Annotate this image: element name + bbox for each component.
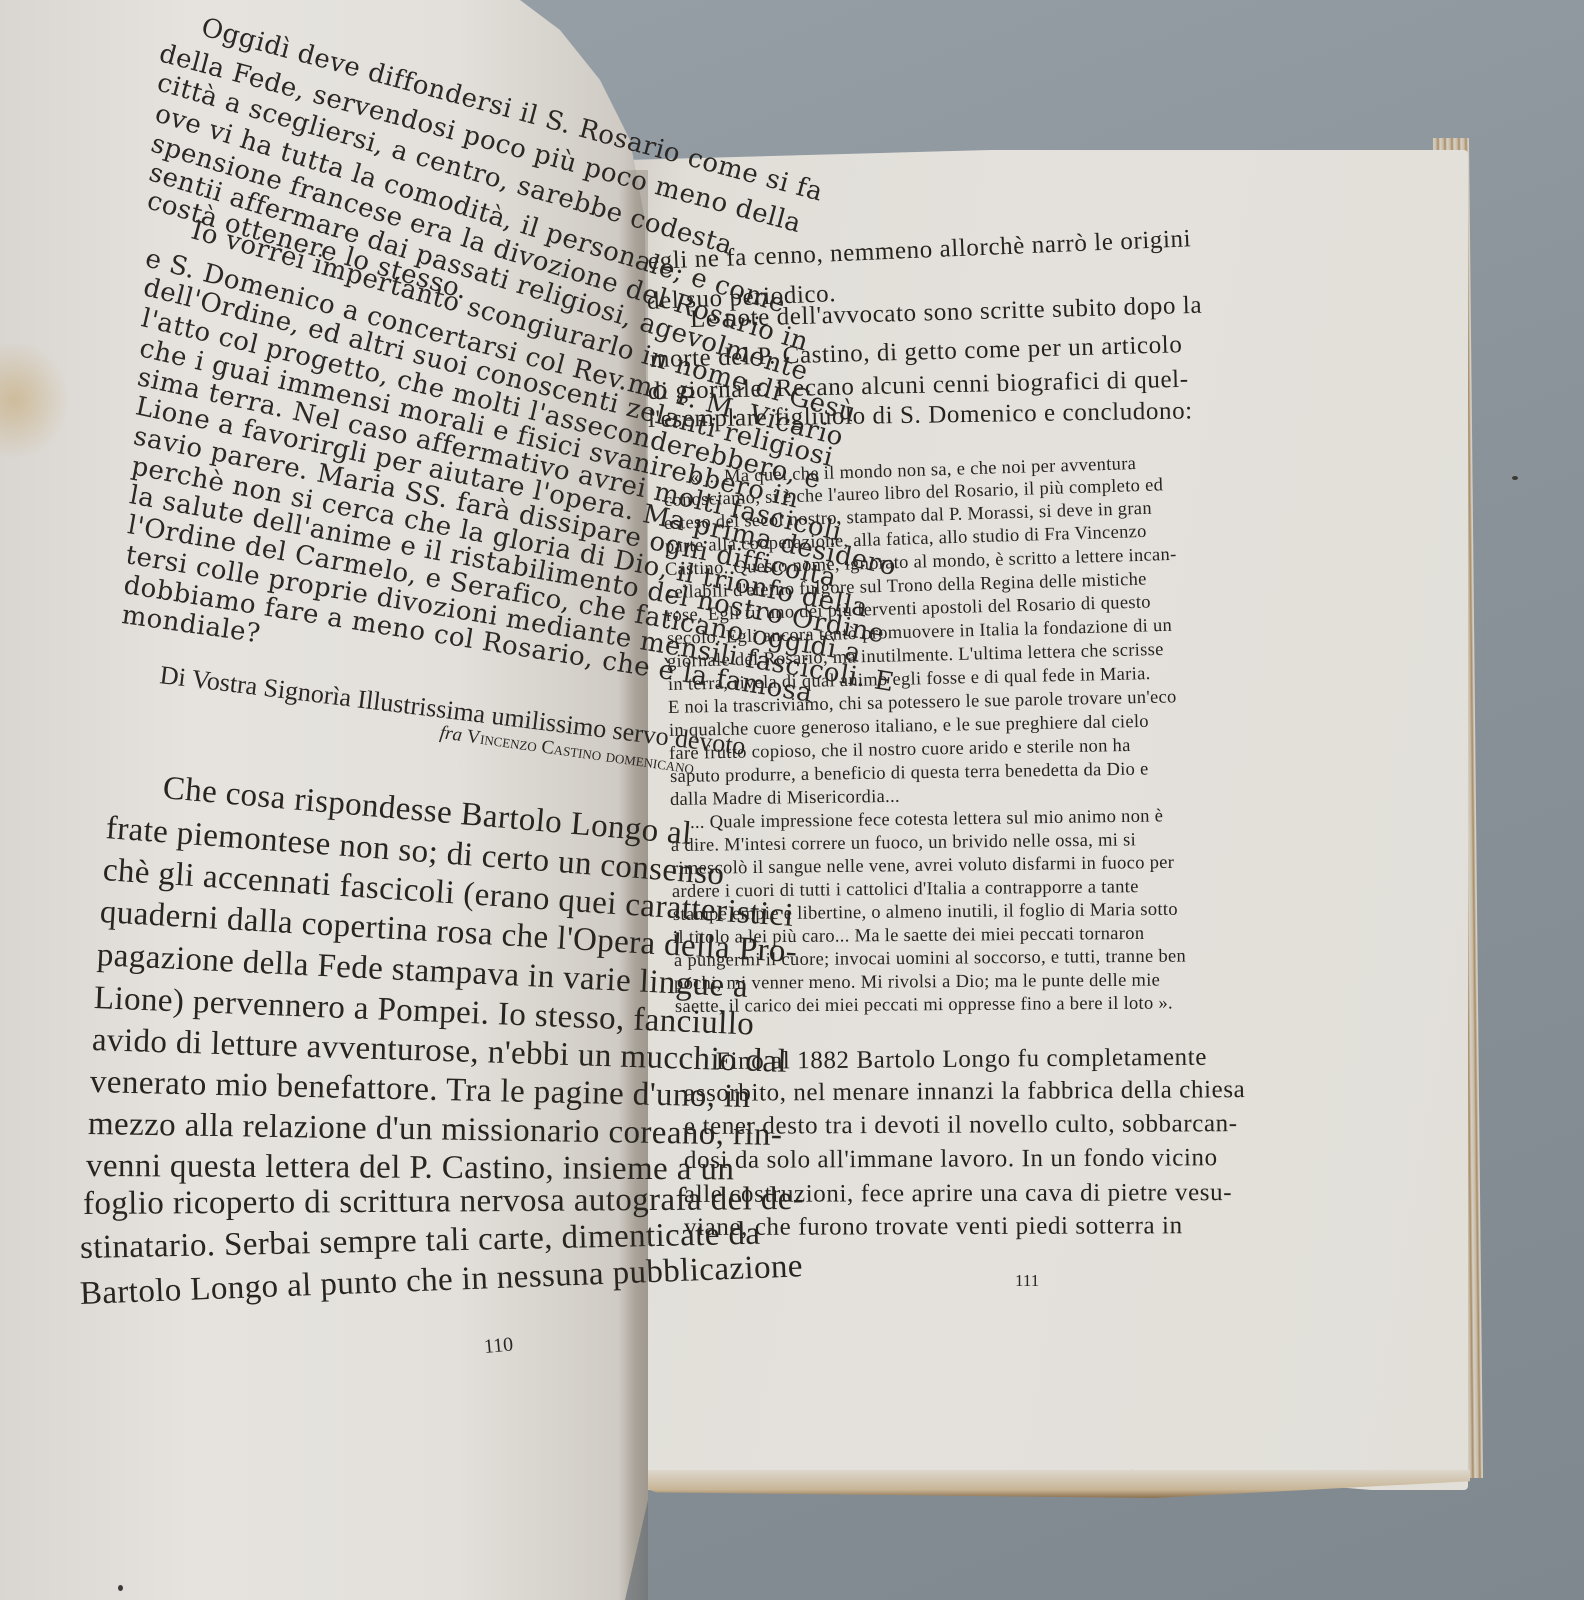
dust-speck bbox=[118, 1585, 123, 1591]
page-number-left: 110 bbox=[483, 1333, 514, 1358]
foxing-stain bbox=[0, 340, 70, 460]
text-line: Fino al 1882 Bartolo Longo fu completame… bbox=[716, 1044, 1207, 1076]
signature-prefix: fra bbox=[439, 722, 464, 746]
text-line: assorbito, nel menare innanzi la fabbric… bbox=[684, 1076, 1246, 1108]
dust-speck bbox=[1512, 476, 1518, 480]
page-number-right: 111 bbox=[1015, 1271, 1039, 1291]
quote-line: dalla Madre di Misericordia... bbox=[670, 787, 900, 811]
